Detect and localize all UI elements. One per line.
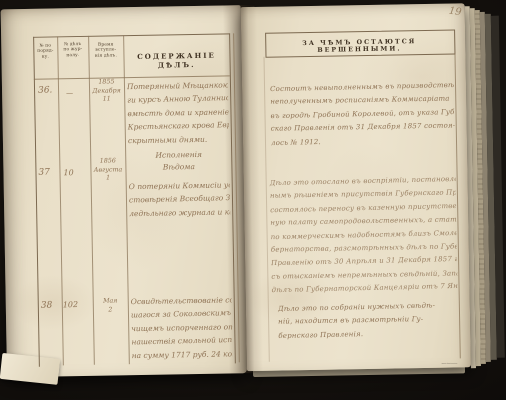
resolution-paragraph: Дѣло это отослано въ воспріятіи, постано… (270, 173, 458, 297)
entry-case-number: 102 (63, 300, 78, 309)
entry-resolution-note: ИсполненіяВѣдома (128, 148, 229, 174)
pencil-mark: ~~— (441, 359, 457, 367)
column-header-contents: СОДЕРЖАНІЕ ДѢЛЪ. (124, 50, 228, 70)
column-header-date: Время вступле- нія дѣлъ. (89, 42, 122, 59)
photo-background: № по поряд- ку. № дѣлъ по жур- налу. Вре… (0, 0, 506, 400)
folio-number: 19 (448, 6, 462, 19)
resolution-paragraph: Состоитъ невыполненнымъ въ производствѣ,… (270, 79, 455, 149)
entry-date: 1855Декабря11 (91, 78, 122, 104)
entry-case-number: — (66, 89, 73, 97)
entry-date: Мая2 (95, 297, 126, 315)
entry-date: 1856Августа1 (92, 157, 123, 183)
entry-content: О потерянiи Коммисіи удо-стовѣренія Всео… (129, 178, 231, 220)
entry-content: Освидѣтельствованіе состояв-шагося за Со… (131, 293, 233, 362)
resolution-paragraph: Дѣло это по собраніи нужныхъ свѣдѣ-ній, … (278, 300, 449, 343)
entry-case-number: 10 (63, 168, 73, 177)
book-spread: № по поряд- ку. № дѣлъ по жур- налу. Вре… (0, 0, 506, 400)
entry-order-number: 37 (38, 168, 50, 178)
column-header-order: № по поряд- ку. (34, 43, 56, 59)
entry-order-number: 36. (38, 85, 53, 95)
entry-order-number: 38 (41, 301, 53, 311)
entry-content: Потерянный Мѣщанкою Ри-ги курсъ Анною Ту… (127, 78, 229, 147)
column-header-case: № дѣлъ по жур- налу. (58, 42, 87, 59)
